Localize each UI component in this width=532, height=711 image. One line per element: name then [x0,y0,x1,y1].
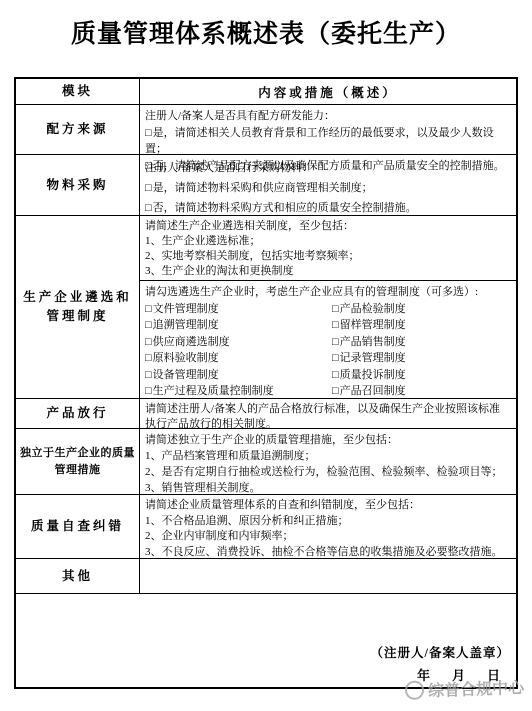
header-content: 内容或措施（概述） [140,79,516,104]
overview-table: 模块 内容或措施（概述） 配方来源 注册人/备案人是否具有配方研发能力： □是，… [14,77,518,689]
content-line: 2、实地考察相关制度，包括实地考察频率； [145,249,511,264]
table-row-formula-source: 配方来源 注册人/备案人是否具有配方研发能力： □是，请简述相关人员教育背景和工… [16,105,516,155]
checkbox-label: 留样管理制度 [340,319,406,331]
content-line: 注册人/备案人是否自行采购物料： [145,158,511,178]
content-cell: 请简述独立于生产企业的质量管理措施，至少包括： 1、产品档案管理和质量追溯制度；… [140,429,516,494]
content-line: 3、生产企业的淘汰和更换制度 [145,264,511,279]
watermark-logo-icon [405,680,425,700]
checkbox-item: □生产过程及质量控制制度 [145,383,332,400]
content-line: 请简述独立于生产企业的质量管理措施，至少包括： [145,432,511,448]
checkbox-item: □原料验收制度 [145,350,332,367]
checkbox-row: □供应商遴选制度 □产品销售制度 [145,334,511,351]
checkbox-item: □质量投诉制度 [332,367,406,384]
checkbox-icon: □ [332,301,339,318]
table-row-self-check: 质量自查纠错 请简述企业质量管理体系的自查和纠错制度，至少包括： 1、不合格品追… [16,495,516,559]
content-line: 3、不良反应、消费投诉、抽检不合格等信息的收集措施及必要整改措施。 [145,545,511,561]
checkbox-item: □追溯管理制度 [145,317,332,334]
checkbox-row: □原料验收制度 □记录管理制度 [145,350,511,367]
content-line: 3、销售管理相关制度。 [145,480,511,496]
watermark-text: 综普合规中心 [428,675,525,701]
content-line: 1、生产企业遴选标准； [145,234,511,249]
checkbox-label: 产品检验制度 [340,303,406,315]
table-header-row: 模块 内容或措施（概述） [16,79,516,105]
module-label: 配方来源 [16,105,140,154]
content-line: 2、企业内审制度和内审频率； [145,529,511,545]
checkbox-item: □供应商遴选制度 [145,334,332,351]
content-cell: 注册人/备案人是否自行采购物料： □是，请简述物料采购和供应商管理相关制度； □… [140,155,516,215]
content-cell: 请简述注册人/备案人的产品合格放行标准，以及确保生产企业按照该标准执行产品放行的… [140,399,516,428]
checkbox-icon: □ [145,334,152,351]
module-label: 质量自查纠错 [16,495,140,558]
checkbox-label: 产品召回制度 [340,385,406,397]
content-line: □是，请简述相关人员教育背景和工作经历的最低要求，以及最少人数设置； [145,125,511,158]
checkbox-label: 质量投诉制度 [340,369,406,381]
checkbox-row: □文件管理制度 □产品检验制度 [145,301,511,318]
checkbox-item: □文件管理制度 [145,301,332,318]
checkbox-label: 文件管理制度 [153,303,219,315]
checkbox-row: □追溯管理制度 □留样管理制度 [145,317,511,334]
checkbox-icon: □ [332,367,339,384]
table-row-product-release: 产品放行 请简述注册人/备案人的产品合格放行标准，以及确保生产企业按照该标准执行… [16,399,516,429]
checkbox-icon: □ [145,301,152,318]
table-row-manufacturer-selection: 生产企业遴选和管理制度 请简述生产企业遴选相关制度，至少包括： 1、生产企业遴选… [16,216,516,399]
checkbox-icon: □ [145,178,152,198]
checkbox-icon: □ [332,317,339,334]
table-row-material-purchase: 物料采购 注册人/备案人是否自行采购物料： □是，请简述物料采购和供应商管理相关… [16,155,516,216]
selection-system-subcell: 请简述生产企业遴选相关制度，至少包括： 1、生产企业遴选标准； 2、实地考察相关… [140,216,516,281]
checkbox-icon: □ [145,198,152,218]
watermark: 综普合规中心 [405,675,525,702]
selection-checkbox-subcell: 请勾选遴选生产企业时，考虑生产企业应具有的管理制度（可多选）: □文件管理制度 … [140,281,516,398]
content-line: □是，请简述物料采购和供应商管理相关制度； [145,178,511,198]
module-label: 其他 [16,559,140,593]
checkbox-label: 设备管理制度 [153,369,219,381]
module-label: 独立于生产企业的质量管理措施 [16,429,140,494]
checkbox-item: □产品召回制度 [332,383,406,400]
checkbox-icon: □ [332,383,339,400]
content-cell-empty [140,559,516,593]
checkbox-label: 生产过程及质量控制制度 [153,385,274,397]
module-label: 产品放行 [16,399,140,428]
table-row-independent-qm: 独立于生产企业的质量管理措施 请简述独立于生产企业的质量管理措施，至少包括： 1… [16,429,516,495]
checkbox-item: □产品销售制度 [332,334,406,351]
content-cell: 请简述生产企业遴选相关制度，至少包括： 1、生产企业遴选标准； 2、实地考察相关… [140,216,516,398]
checkbox-icon: □ [332,334,339,351]
content-line: 请简述生产企业遴选相关制度，至少包括： [145,219,511,234]
content-cell: 请简述企业质量管理体系的自查和纠错制度，至少包括： 1、不合格品追溯、原因分析和… [140,495,516,558]
content-paragraph: 请简述注册人/备案人的产品合格放行标准，以及确保生产企业按照该标准执行产品放行的… [145,402,511,431]
checkbox-icon: □ [145,317,152,334]
checkbox-label: 记录管理制度 [340,352,406,364]
option-label: 是，请简述物料采购和供应商管理相关制度； [153,182,373,194]
content-line: □否，请简述物料采购方式和相应的质量安全控制措施。 [145,198,511,218]
checkbox-item: □产品检验制度 [332,301,406,318]
module-label: 物料采购 [16,155,140,215]
stamp-row: （注册人/备案人盖章） 年月日 综普合规中心 [16,594,516,687]
table-row-other: 其他 [16,559,516,594]
content-line: 2、是否有定期自行抽检或送检行为，检验范围、检验频率、检验项目等； [145,464,511,480]
checkbox-icon: □ [332,350,339,367]
content-line: 1、产品档案管理和质量追溯制度； [145,448,511,464]
checkbox-row: □生产过程及质量控制制度 □产品召回制度 [145,383,511,400]
checkbox-label: 原料验收制度 [153,352,219,364]
checkbox-icon: □ [145,367,152,384]
checkbox-label: 追溯管理制度 [153,319,219,331]
checkbox-icon: □ [145,383,152,400]
checkbox-label: 产品销售制度 [340,336,406,348]
checkbox-label: 供应商遴选制度 [153,336,230,348]
checkbox-item: □设备管理制度 [145,367,332,384]
module-label: 生产企业遴选和管理制度 [16,216,140,398]
content-line: 1、不合格品追溯、原因分析和纠正措施； [145,514,511,530]
content-cell: 注册人/备案人是否具有配方研发能力： □是，请简述相关人员教育背景和工作经历的最… [140,105,516,154]
checkbox-item: □留样管理制度 [332,317,406,334]
stamp-label: （注册人/备案人盖章） [371,643,510,661]
option-label: 是，请简述相关人员教育背景和工作经历的最低要求，以及最少人数设置； [145,127,494,156]
content-line: 请勾选遴选生产企业时，考虑生产企业应具有的管理制度（可多选）: [145,284,511,301]
content-line: 注册人/备案人是否具有配方研发能力： [145,108,511,125]
content-line: 请简述企业质量管理体系的自查和纠错制度，至少包括： [145,498,511,514]
header-module: 模块 [16,79,140,104]
page-title: 质量管理体系概述表（委托生产） [0,14,532,50]
checkbox-item: □记录管理制度 [332,350,406,367]
document-page: 质量管理体系概述表（委托生产） 模块 内容或措施（概述） 配方来源 注册人/备案… [0,0,532,711]
checkbox-row: □设备管理制度 □质量投诉制度 [145,367,511,384]
checkbox-icon: □ [145,125,152,142]
option-label: 否，请简述物料采购方式和相应的质量安全控制措施。 [153,202,417,214]
checkbox-icon: □ [145,350,152,367]
